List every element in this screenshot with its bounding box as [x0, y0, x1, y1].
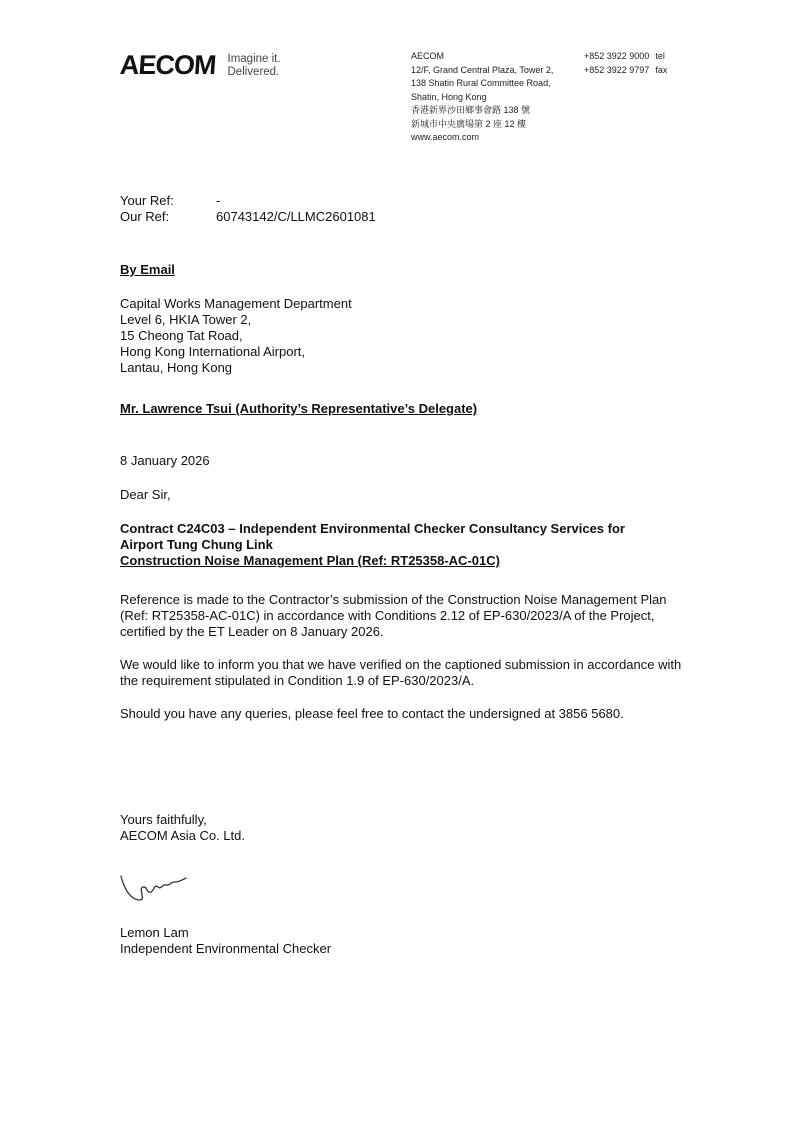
- logo-tagline: Imagine it. Delivered.: [228, 53, 281, 79]
- company-address: AECOM 12/F, Grand Central Plaza, Tower 2…: [411, 50, 553, 145]
- closing: Yours faithfully, AECOM Asia Co. Ltd.: [120, 812, 245, 844]
- company-contacts: +852 3922 9000tel +852 3922 9797fax: [584, 50, 667, 77]
- salutation: Dear Sir,: [120, 487, 171, 503]
- attention-line: Mr. Lawrence Tsui (Authority’s Represent…: [120, 401, 477, 417]
- aecom-logo: AECOM Imagine it. Delivered.: [120, 50, 281, 81]
- tel-number: +852 3922 9000: [584, 50, 649, 64]
- subject: Contract C24C03 – Independent Environmen…: [120, 521, 625, 569]
- signer-name: Lemon Lam: [120, 925, 331, 941]
- recipient-address: Capital Works Management Department Leve…: [120, 296, 352, 376]
- references: Your Ref:- Our Ref:60743142/C/LLMC260108…: [120, 193, 376, 225]
- signer-block: Lemon Lam Independent Environmental Chec…: [120, 925, 331, 957]
- your-ref: -: [216, 193, 220, 209]
- fax-number: +852 3922 9797: [584, 64, 649, 78]
- body-paragraph-2: We would like to inform you that we have…: [120, 657, 690, 689]
- signer-title: Independent Environmental Checker: [120, 941, 331, 957]
- letter-date: 8 January 2026: [120, 453, 210, 469]
- logo-wordmark: AECOM: [119, 50, 217, 81]
- delivery-method: By Email: [120, 262, 175, 278]
- body-paragraph-3: Should you have any queries, please feel…: [120, 706, 690, 722]
- signature-image: [118, 870, 193, 910]
- body-paragraph-1: Reference is made to the Contractor’s su…: [120, 592, 690, 640]
- website-link[interactable]: www.aecom.com: [411, 131, 553, 145]
- our-ref: 60743142/C/LLMC2601081: [216, 209, 376, 225]
